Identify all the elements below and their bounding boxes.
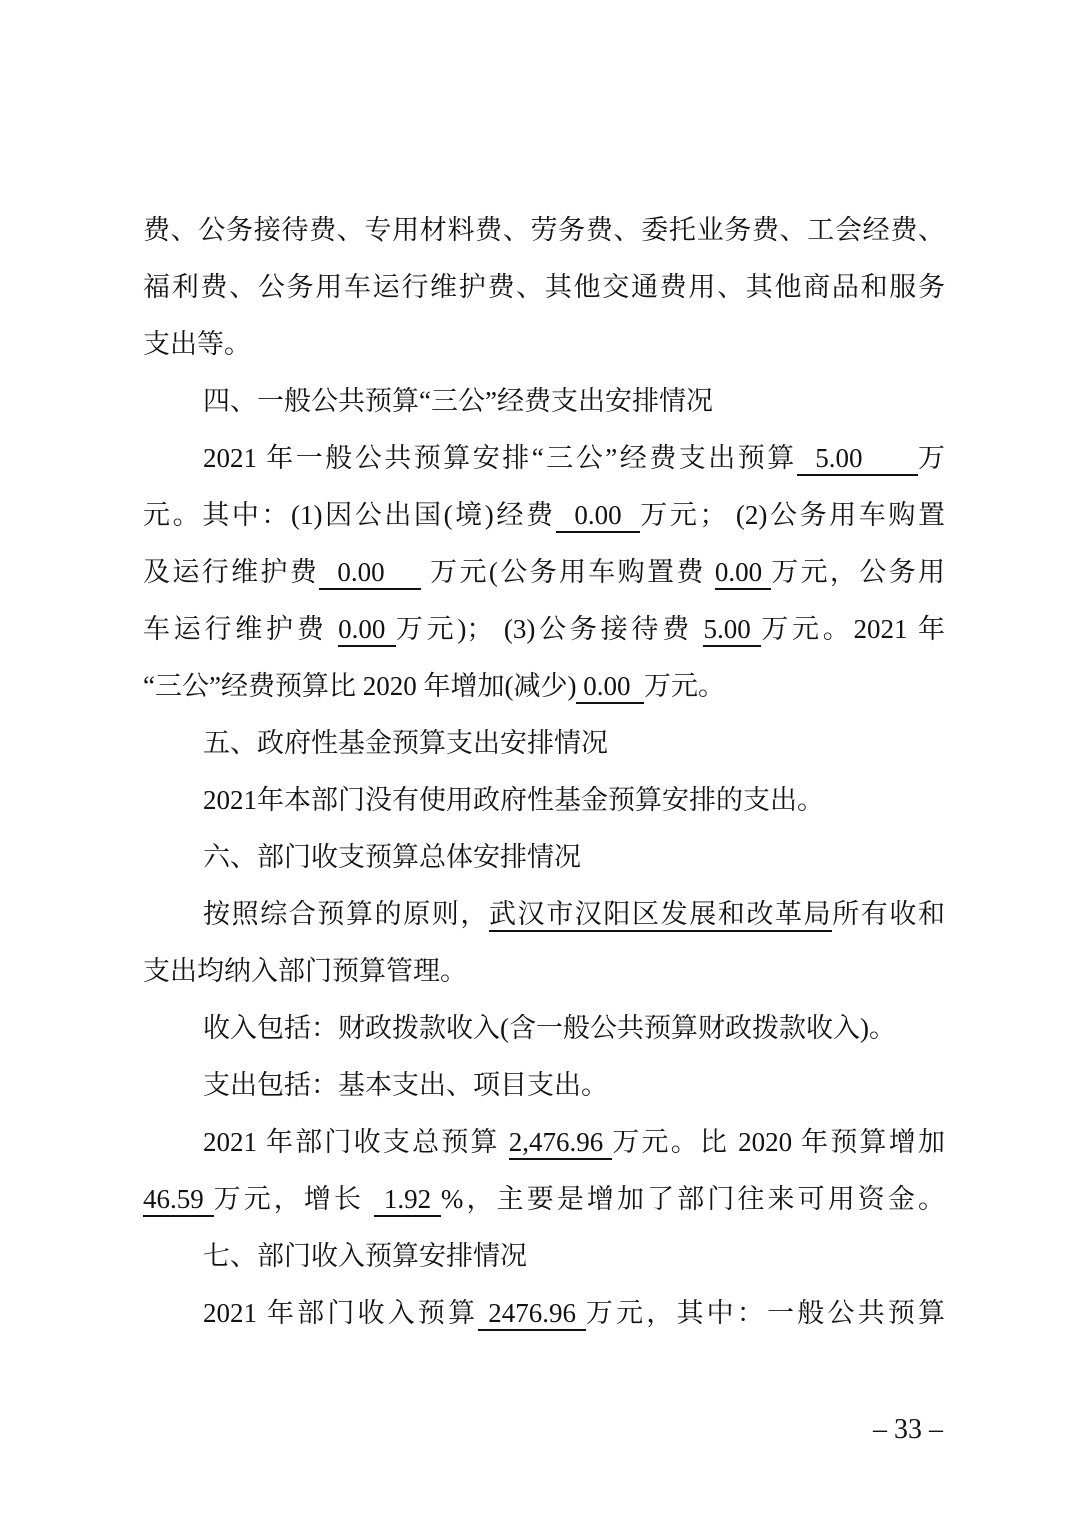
text-run: 2021年本部门没有使用政府性基金预算安排的支出。 [203, 785, 824, 815]
heading-text: 七、部门收入预算安排情况 [203, 1241, 527, 1271]
doc-line: 支出包括：基本支出、项目支出。 [143, 1057, 945, 1114]
underlined-value: 0.00 [715, 557, 771, 590]
text-run: 万元，增长 [214, 1184, 374, 1214]
text-run: 万元； (2)公务用车购置 [640, 500, 945, 530]
doc-line: 46.59 万元，增长 1.92 %，主要是增加了部门往来可用资金。 [143, 1171, 945, 1228]
text-run: 支出均纳入部门预算管理。 [143, 956, 467, 986]
text-run: 支出等。 [143, 329, 251, 359]
underlined-value: 5.00 [703, 614, 761, 647]
underlined-org-name: 武汉市汉阳区发展和改革局 [489, 899, 832, 932]
doc-line: “三公”经费预算比 2020 年增加(减少) 0.00 万元。 [143, 658, 945, 715]
doc-line: 元。其中：(1)因公出国(境)经费 0.00 万元； (2)公务用车购置 [143, 487, 945, 544]
underlined-value: 0.00 [576, 671, 644, 704]
doc-line: 福利费、公务用车运行维护费、其他交通费用、其他商品和服务 [143, 259, 945, 316]
text-run: 及运行维护费 [143, 557, 319, 587]
text-run: 万元。比 2020 年预算增加 [612, 1127, 945, 1157]
doc-line: 车运行维护费 0.00 万元)； (3)公务接待费 5.00 万元。2021 年 [143, 601, 945, 658]
underlined-value: 2,476.96 [509, 1127, 612, 1160]
underlined-value: 2476.96 [478, 1298, 586, 1331]
heading-text: 六、部门收支预算总体安排情况 [203, 842, 581, 872]
document-page: 费、公务接待费、专用材料费、劳务费、委托业务费、工会经费、 福利费、公务用车运行… [0, 0, 1074, 1520]
text-run: 车运行维护费 [143, 614, 338, 644]
doc-line: 收入包括：财政拨款收入(含一般公共预算财政拨款收入)。 [143, 1000, 945, 1057]
section-heading-6: 六、部门收支预算总体安排情况 [143, 829, 945, 886]
heading-text: 五、政府性基金预算支出安排情况 [203, 728, 608, 758]
doc-line: 及运行维护费 0.00 万元(公务用车购置费 0.00 万元，公务用 [143, 544, 945, 601]
doc-line: 2021 年部门收支总预算 2,476.96 万元。比 2020 年预算增加 [143, 1114, 945, 1171]
doc-line: 2021 年一般公共预算安排“三公”经费支出预算 5.00 万 [143, 430, 945, 487]
text-run: 万元)； (3)公务接待费 [396, 614, 704, 644]
page-number: – 33 – [873, 1414, 943, 1446]
doc-line: 2021年本部门没有使用政府性基金预算安排的支出。 [143, 772, 945, 829]
section-heading-4: 四、一般公共预算“三公”经费支出安排情况 [143, 373, 945, 430]
doc-line: 按照综合预算的原则，武汉市汉阳区发展和改革局所有收和 [143, 886, 945, 943]
doc-line: 2021 年部门收入预算 2476.96 万元，其中：一般公共预算 [143, 1285, 945, 1342]
text-run: 支出包括：基本支出、项目支出。 [203, 1070, 608, 1100]
underlined-value: 1.92 [374, 1184, 441, 1217]
text-run: 收入包括：财政拨款收入(含一般公共预算财政拨款收入)。 [203, 1013, 896, 1043]
underlined-value: 0.00 [338, 614, 396, 647]
underlined-value: 46.59 [143, 1184, 214, 1217]
text-run: 2021 年部门收支总预算 [203, 1127, 509, 1157]
document-body: 费、公务接待费、专用材料费、劳务费、委托业务费、工会经费、 福利费、公务用车运行… [143, 202, 945, 1342]
text-run: 费、公务接待费、专用材料费、劳务费、委托业务费、工会经费、 [143, 215, 945, 245]
text-run: 2021 年部门收入预算 [203, 1298, 478, 1328]
text-run: 万元，公务用 [771, 557, 945, 587]
text-run: 按照综合预算的原则， [203, 899, 489, 929]
text-run: 2021 年一般公共预算安排“三公”经费支出预算 [203, 443, 797, 473]
text-run: %，主要是增加了部门往来可用资金。 [441, 1184, 945, 1214]
text-run: 万元(公务用车购置费 [421, 557, 715, 587]
underlined-value: 5.00 [797, 443, 918, 476]
doc-line: 支出均纳入部门预算管理。 [143, 943, 945, 1000]
doc-line: 费、公务接待费、专用材料费、劳务费、委托业务费、工会经费、 [143, 202, 945, 259]
text-run: 万元，其中：一般公共预算 [586, 1298, 945, 1328]
doc-line: 支出等。 [143, 316, 945, 373]
text-run: 万元。2021 年 [761, 614, 945, 644]
section-heading-5: 五、政府性基金预算支出安排情况 [143, 715, 945, 772]
underlined-value: 0.00 [319, 557, 421, 590]
text-run: 所有收和 [832, 899, 945, 929]
heading-text: 四、一般公共预算“三公”经费支出安排情况 [203, 386, 713, 416]
text-run: 万 [918, 443, 945, 473]
text-run: “三公”经费预算比 2020 年增加(减少) [143, 671, 576, 701]
text-run: 万元。 [644, 671, 725, 701]
text-run: 福利费、公务用车运行维护费、其他交通费用、其他商品和服务 [143, 272, 945, 302]
section-heading-7: 七、部门收入预算安排情况 [143, 1228, 945, 1285]
text-run: 元。其中：(1)因公出国(境)经费 [143, 500, 556, 530]
underlined-value: 0.00 [556, 500, 641, 533]
